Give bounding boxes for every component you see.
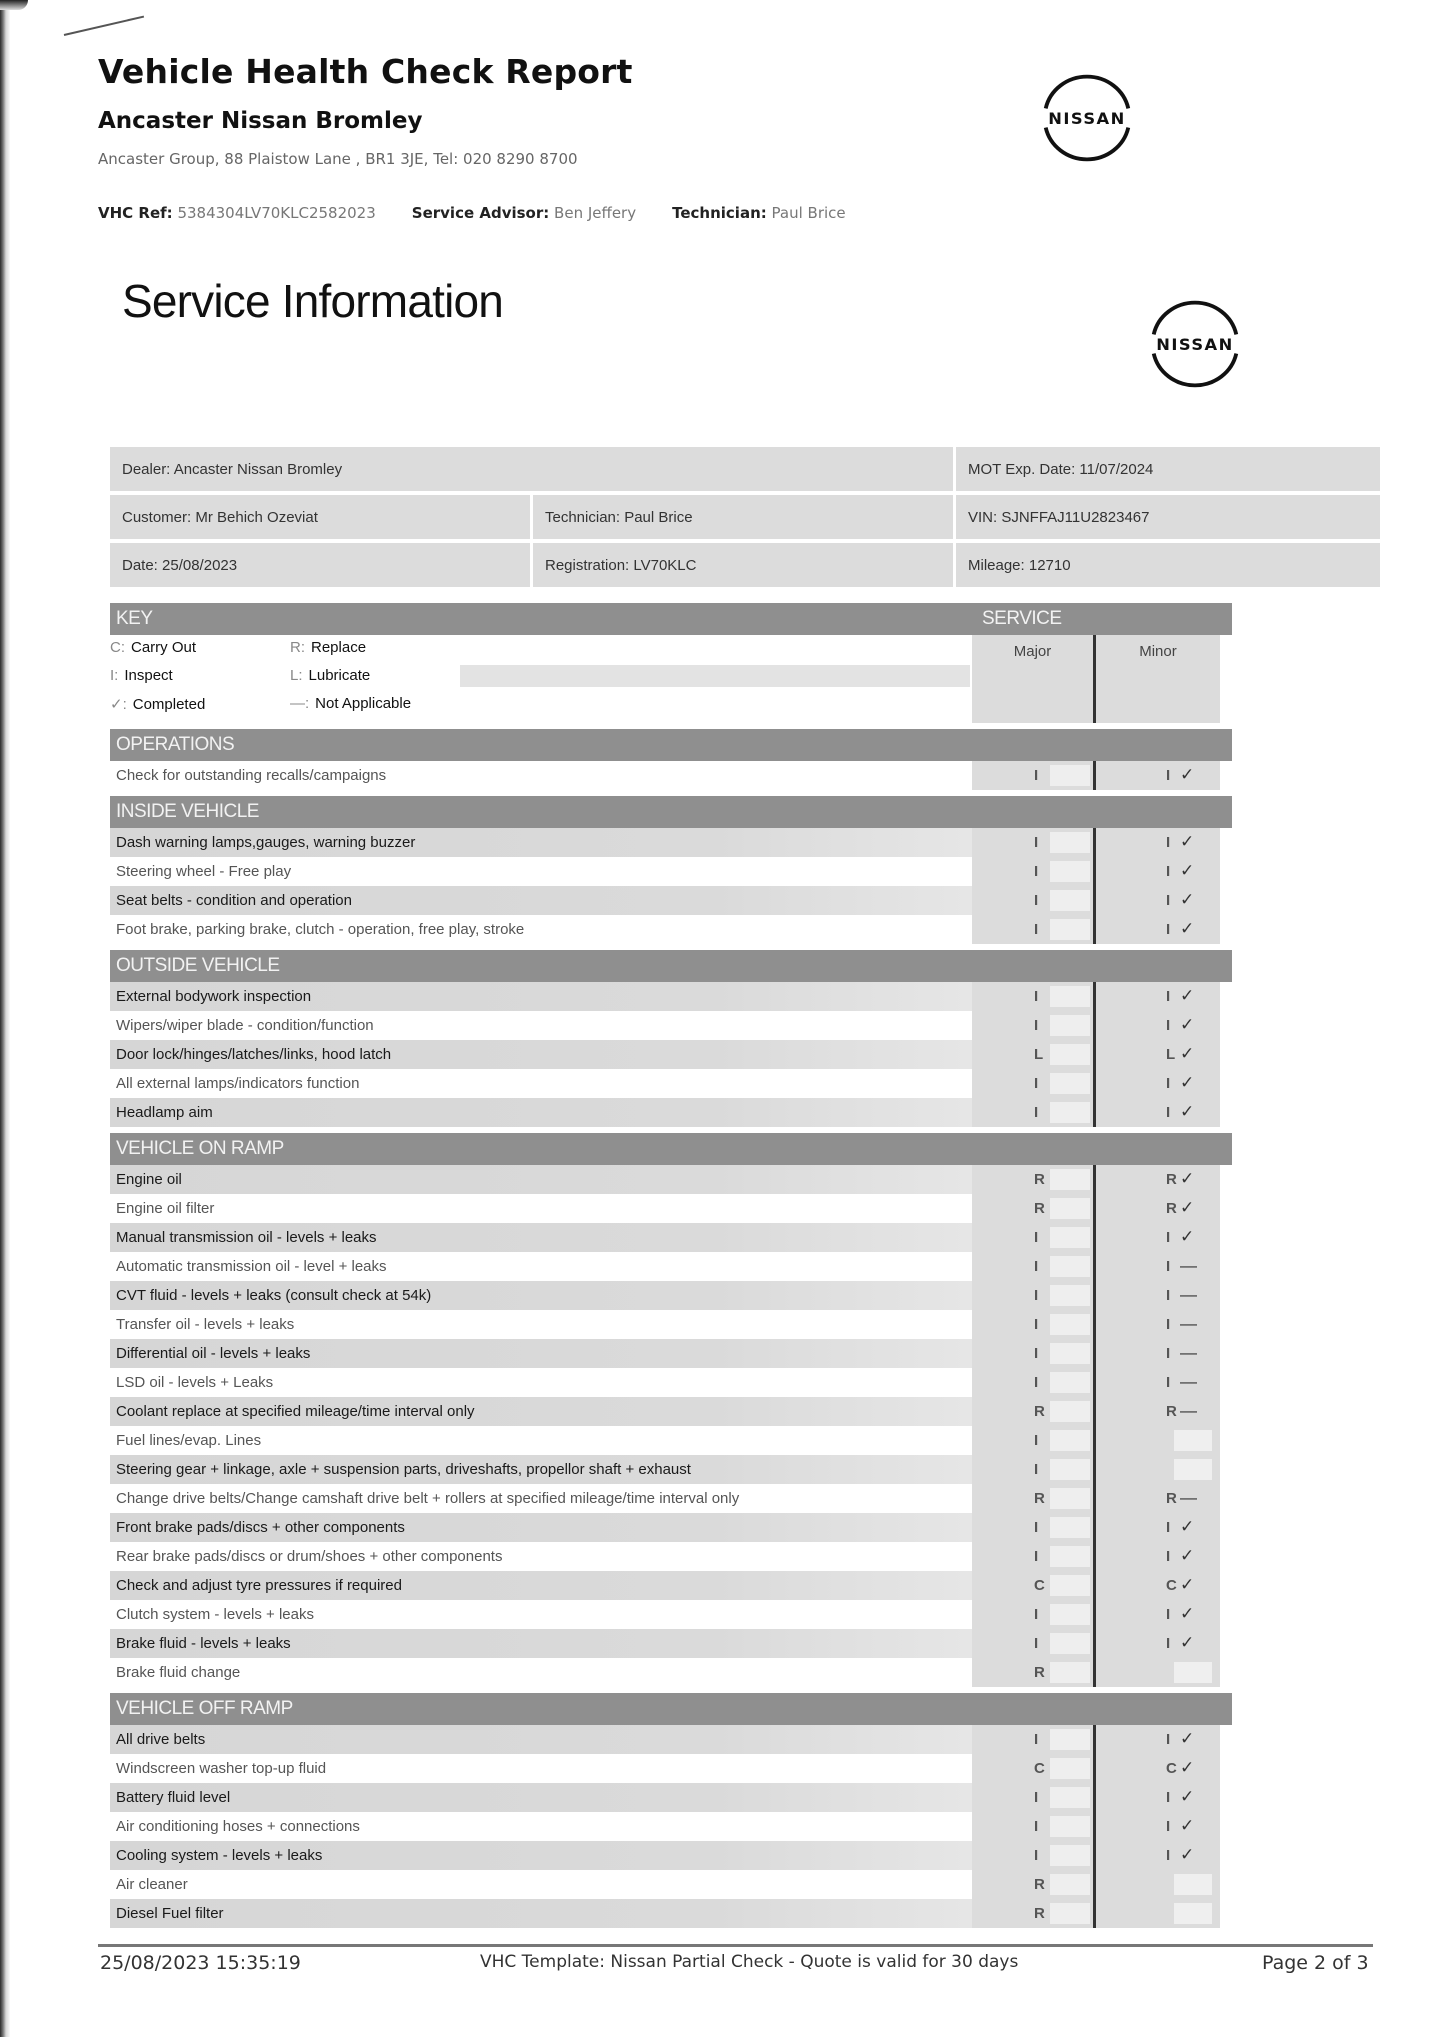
mot-expiry-field: MOT Exp. Date: 11/07/2024	[956, 447, 1380, 491]
major-code: I	[1034, 834, 1038, 851]
registration-field: Registration: LV70KLC	[533, 543, 953, 587]
cell-shade	[1050, 1729, 1090, 1750]
cell-shade	[1050, 1633, 1090, 1654]
major-code: I	[1034, 1345, 1038, 1362]
minor-cell: I✓	[1096, 1725, 1220, 1754]
section-header: INSIDE VEHICLE	[110, 796, 1232, 828]
not-applicable-dash-icon: —	[1180, 1401, 1197, 1421]
major-code: I	[1034, 1635, 1038, 1652]
nissan-logo-icon: NISSAN	[1034, 70, 1140, 166]
checklist-row: All drive beltsII✓	[110, 1725, 1232, 1754]
cell-shade	[1050, 1169, 1090, 1190]
completed-check-icon: ✓	[1180, 1546, 1194, 1566]
not-applicable-dash-icon: —	[1180, 1314, 1197, 1334]
major-code: I	[1034, 1461, 1038, 1478]
completed-check-icon: ✓	[1180, 1102, 1194, 1122]
major-cell: I	[972, 1812, 1096, 1841]
footer-divider	[98, 1944, 1373, 1947]
minor-cell: L✓	[1096, 1040, 1220, 1069]
checklist-row: Clutch system - levels + leaksII✓	[110, 1600, 1232, 1629]
major-cell: R	[972, 1397, 1096, 1426]
section-title: VEHICLE ON RAMP	[116, 1138, 284, 1160]
minor-code: R	[1166, 1171, 1177, 1188]
major-code: I	[1034, 1287, 1038, 1304]
checklist-item-label: Seat belts - condition and operation	[110, 886, 972, 915]
checklist-row: Foot brake, parking brake, clutch - oper…	[110, 915, 1232, 944]
key-label: Carry Out	[131, 639, 196, 656]
minor-code: I	[1166, 892, 1170, 909]
checklist-row: Check for outstanding recalls/campaignsI…	[110, 761, 1232, 790]
scan-smudge	[460, 665, 970, 687]
report-title: Vehicle Health Check Report	[98, 52, 633, 91]
minor-cell: I—	[1096, 1339, 1220, 1368]
completed-check-icon: ✓	[1180, 1198, 1194, 1218]
not-applicable-dash-icon: —	[1180, 1256, 1197, 1276]
section-title: OUTSIDE VEHICLE	[116, 955, 280, 977]
minor-code: R	[1166, 1200, 1177, 1217]
minor-cell: I✓	[1096, 1542, 1220, 1571]
section-title: OPERATIONS	[116, 734, 234, 756]
minor-cell: R—	[1096, 1397, 1220, 1426]
minor-cell: I✓	[1096, 1513, 1220, 1542]
minor-cell: I✓	[1096, 886, 1220, 915]
minor-cell: I—	[1096, 1368, 1220, 1397]
minor-code: R	[1166, 1490, 1177, 1507]
key-legend: C:Carry OutR:ReplaceI:InspectL:Lubricate…	[110, 635, 1232, 723]
checklist-item-label: Clutch system - levels + leaks	[110, 1600, 972, 1629]
cell-shade	[1050, 1044, 1090, 1065]
section-header: OUTSIDE VEHICLE	[110, 950, 1232, 982]
checklist-row: Engine oil filterRR✓	[110, 1194, 1232, 1223]
minor-cell	[1096, 1658, 1220, 1687]
key-item: —:Not Applicable	[290, 695, 411, 712]
major-cell: C	[972, 1571, 1096, 1600]
cell-shade	[1050, 1102, 1090, 1123]
major-code: I	[1034, 1731, 1038, 1748]
minor-label: Minor	[1096, 635, 1220, 660]
checklist-item-label: Rear brake pads/discs or drum/shoes + ot…	[110, 1542, 972, 1571]
checklist-row: Dash warning lamps,gauges, warning buzze…	[110, 828, 1232, 857]
major-code: R	[1034, 1403, 1045, 1420]
checklist-item-label: Differential oil - levels + leaks	[110, 1339, 972, 1368]
checklist-item-label: Front brake pads/discs + other component…	[110, 1513, 972, 1542]
cell-shade	[1050, 1227, 1090, 1248]
major-code: I	[1034, 1075, 1038, 1092]
completed-check-icon: ✓	[1180, 1633, 1194, 1653]
minor-cell: R✓	[1096, 1194, 1220, 1223]
major-cell: I	[972, 1600, 1096, 1629]
minor-cell: I—	[1096, 1310, 1220, 1339]
service-advisor-value: Ben Jeffery	[554, 204, 636, 222]
major-cell: I	[972, 982, 1096, 1011]
minor-code: I	[1166, 988, 1170, 1005]
major-cell: I	[972, 1426, 1096, 1455]
minor-cell: I✓	[1096, 1069, 1220, 1098]
key-label: Lubricate	[309, 667, 371, 684]
major-cell: I	[972, 1513, 1096, 1542]
minor-code: C	[1166, 1760, 1177, 1777]
minor-cell: I✓	[1096, 1812, 1220, 1841]
minor-code: I	[1166, 1287, 1170, 1304]
minor-code: I	[1166, 1075, 1170, 1092]
checklist-row: External bodywork inspectionII✓	[110, 982, 1232, 1011]
completed-check-icon: ✓	[1180, 1845, 1194, 1865]
major-code: I	[1034, 1606, 1038, 1623]
checklist-row: Steering wheel - Free playII✓	[110, 857, 1232, 886]
minor-cell: I✓	[1096, 982, 1220, 1011]
major-cell: I	[972, 1339, 1096, 1368]
key-symbol: R:	[290, 639, 305, 656]
major-cell: I	[972, 828, 1096, 857]
completed-check-icon: ✓	[1180, 1758, 1194, 1778]
checklist-item-label: Battery fluid level	[110, 1783, 972, 1812]
minor-cell	[1096, 1426, 1220, 1455]
major-cell: R	[972, 1899, 1096, 1928]
cell-shade	[1050, 1517, 1090, 1538]
report-meta: VHC Ref: 5384304LV70KLC2582023 Service A…	[98, 204, 882, 222]
minor-code: I	[1166, 1017, 1170, 1034]
minor-code: I	[1166, 1345, 1170, 1362]
checklist-row: Door lock/hinges/latches/links, hood lat…	[110, 1040, 1232, 1069]
checklist-row: Manual transmission oil - levels + leaks…	[110, 1223, 1232, 1252]
minor-code: I	[1166, 1789, 1170, 1806]
major-code: R	[1034, 1876, 1045, 1893]
section-title: INSIDE VEHICLE	[116, 801, 259, 823]
cell-shade	[1050, 1604, 1090, 1625]
key-item: R:Replace	[290, 639, 366, 656]
cell-shade	[1174, 1459, 1212, 1480]
minor-column-header: Minor	[1096, 635, 1220, 723]
cell-shade	[1050, 1198, 1090, 1219]
major-cell: R	[972, 1870, 1096, 1899]
cell-shade	[1050, 1459, 1090, 1480]
checklist-row: Diesel Fuel filterR	[110, 1899, 1232, 1928]
svg-text:NISSAN: NISSAN	[1156, 335, 1233, 354]
not-applicable-dash-icon: —	[1180, 1488, 1197, 1508]
major-column-header: Major	[972, 635, 1096, 723]
completed-check-icon: ✓	[1180, 765, 1194, 785]
cell-shade	[1174, 1430, 1212, 1451]
dealer-name: Ancaster Nissan Bromley	[98, 108, 423, 134]
key-item: L:Lubricate	[290, 667, 370, 684]
major-code: R	[1034, 1200, 1045, 1217]
checklist-item-label: Air cleaner	[110, 1870, 972, 1899]
vin-field: VIN: SJNFFAJ11U2823467	[956, 495, 1380, 539]
major-cell: I	[972, 1252, 1096, 1281]
checklist-item-label: Fuel lines/evap. Lines	[110, 1426, 972, 1455]
minor-code: I	[1166, 1104, 1170, 1121]
major-code: I	[1034, 1316, 1038, 1333]
section-header: VEHICLE OFF RAMP	[110, 1693, 1232, 1725]
major-code: I	[1034, 1789, 1038, 1806]
major-cell: L	[972, 1040, 1096, 1069]
checklist-item-label: Headlamp aim	[110, 1098, 972, 1127]
checklist-item-label: Engine oil	[110, 1165, 972, 1194]
cell-shade	[1050, 1488, 1090, 1509]
completed-check-icon: ✓	[1180, 1044, 1194, 1064]
minor-code: I	[1166, 863, 1170, 880]
vhc-ref-value: 5384304LV70KLC2582023	[177, 204, 375, 222]
checklist-row: Check and adjust tyre pressures if requi…	[110, 1571, 1232, 1600]
checklist-row: Wipers/wiper blade - condition/functionI…	[110, 1011, 1232, 1040]
checklist-row: Engine oilRR✓	[110, 1165, 1232, 1194]
minor-code: I	[1166, 1258, 1170, 1275]
major-cell: I	[972, 886, 1096, 915]
minor-cell: I✓	[1096, 1629, 1220, 1658]
major-code: R	[1034, 1664, 1045, 1681]
major-code: I	[1034, 863, 1038, 880]
checklist-item-label: All drive belts	[110, 1725, 972, 1754]
major-cell: I	[972, 1841, 1096, 1870]
checklist-item-label: Check and adjust tyre pressures if requi…	[110, 1571, 972, 1600]
checklist-row: Transfer oil - levels + leaksII—	[110, 1310, 1232, 1339]
cell-shade	[1050, 1343, 1090, 1364]
checklist-row: Brake fluid - levels + leaksII✓	[110, 1629, 1232, 1658]
checklist-row: Steering gear + linkage, axle + suspensi…	[110, 1455, 1232, 1484]
checklist-row: Seat belts - condition and operationII✓	[110, 886, 1232, 915]
major-code: R	[1034, 1905, 1045, 1922]
svg-text:NISSAN: NISSAN	[1048, 109, 1125, 128]
section-header: VEHICLE ON RAMP	[110, 1133, 1232, 1165]
major-label: Major	[972, 635, 1093, 660]
completed-check-icon: ✓	[1180, 1227, 1194, 1247]
minor-cell: C✓	[1096, 1754, 1220, 1783]
checklist-item-label: Air conditioning hoses + connections	[110, 1812, 972, 1841]
major-cell: I	[972, 1542, 1096, 1571]
major-cell: I	[972, 1783, 1096, 1812]
checklist-row: Rear brake pads/discs or drum/shoes + ot…	[110, 1542, 1232, 1571]
vhc-ref-label: VHC Ref:	[98, 204, 173, 222]
minor-code: I	[1166, 1847, 1170, 1864]
minor-code: I	[1166, 1316, 1170, 1333]
minor-code: I	[1166, 1731, 1170, 1748]
checklist-row: Fuel lines/evap. LinesI	[110, 1426, 1232, 1455]
minor-code: I	[1166, 1548, 1170, 1565]
completed-check-icon: ✓	[1180, 890, 1194, 910]
checklist-row: Air cleanerR	[110, 1870, 1232, 1899]
completed-check-icon: ✓	[1180, 1604, 1194, 1624]
cell-shade	[1050, 986, 1090, 1007]
completed-check-icon: ✓	[1180, 1575, 1194, 1595]
major-cell: R	[972, 1165, 1096, 1194]
service-information-title: Service Information	[122, 274, 503, 328]
cell-shade	[1050, 1903, 1090, 1924]
minor-code: I	[1166, 1606, 1170, 1623]
minor-cell: I✓	[1096, 761, 1220, 790]
key-symbol: C:	[110, 639, 125, 656]
section-title: VEHICLE OFF RAMP	[116, 1698, 293, 1720]
date-field: Date: 25/08/2023	[110, 543, 530, 587]
checklist-item-label: Wipers/wiper blade - condition/function	[110, 1011, 972, 1040]
completed-check-icon: ✓	[1180, 1169, 1194, 1189]
customer-field: Customer: Mr Behich Ozeviat	[110, 495, 530, 539]
major-code: I	[1034, 1519, 1038, 1536]
major-cell: I	[972, 1011, 1096, 1040]
cell-shade	[1050, 1314, 1090, 1335]
key-items: C:Carry OutR:ReplaceI:InspectL:Lubricate…	[110, 635, 972, 723]
minor-cell	[1096, 1870, 1220, 1899]
checklist-item-label: Windscreen washer top-up fluid	[110, 1754, 972, 1783]
checklist-row: Windscreen washer top-up fluidCC✓	[110, 1754, 1232, 1783]
minor-code: C	[1166, 1577, 1177, 1594]
minor-cell: I✓	[1096, 1011, 1220, 1040]
checklist-row: Headlamp aimII✓	[110, 1098, 1232, 1127]
technician-label: Technician:	[672, 204, 767, 222]
service-checklist-table: KEY SERVICE C:Carry OutR:ReplaceI:Inspec…	[110, 603, 1232, 1928]
checklist-row: All external lamps/indicators functionII…	[110, 1069, 1232, 1098]
cell-shade	[1050, 1285, 1090, 1306]
cell-shade	[1050, 1758, 1090, 1779]
mileage-field: Mileage: 12710	[956, 543, 1380, 587]
checklist-item-label: Automatic transmission oil - level + lea…	[110, 1252, 972, 1281]
key-symbol: —:	[290, 695, 309, 712]
key-symbol: ✓:	[110, 696, 127, 713]
minor-code: I	[1166, 1635, 1170, 1652]
major-code: I	[1034, 921, 1038, 938]
checklist-row: Battery fluid levelII✓	[110, 1783, 1232, 1812]
major-cell: I	[972, 857, 1096, 886]
major-code: C	[1034, 1577, 1045, 1594]
minor-cell: I✓	[1096, 828, 1220, 857]
completed-check-icon: ✓	[1180, 861, 1194, 881]
cell-shade	[1050, 1015, 1090, 1036]
major-code: I	[1034, 1818, 1038, 1835]
major-code: R	[1034, 1490, 1045, 1507]
service-advisor: Service Advisor: Ben Jeffery	[412, 204, 636, 222]
dealer-field: Dealer: Ancaster Nissan Bromley	[110, 447, 953, 491]
cell-shade	[1174, 1903, 1212, 1924]
major-code: I	[1034, 1374, 1038, 1391]
key-item: C:Carry Out	[110, 639, 196, 656]
vhc-ref: VHC Ref: 5384304LV70KLC2582023	[98, 204, 376, 222]
checklist-item-label: Engine oil filter	[110, 1194, 972, 1223]
major-code: I	[1034, 1104, 1038, 1121]
cell-shade	[1050, 890, 1090, 911]
minor-cell: I—	[1096, 1252, 1220, 1281]
cell-shade	[1174, 1874, 1212, 1895]
major-code: I	[1034, 1258, 1038, 1275]
cell-shade	[1050, 765, 1090, 786]
section-header: OPERATIONS	[110, 729, 1232, 761]
key-label: Inspect	[124, 667, 172, 684]
minor-cell: I✓	[1096, 915, 1220, 944]
cell-shade	[1174, 1662, 1212, 1683]
cell-shade	[1050, 1816, 1090, 1837]
completed-check-icon: ✓	[1180, 1729, 1194, 1749]
major-cell: R	[972, 1658, 1096, 1687]
major-cell: I	[972, 915, 1096, 944]
cell-shade	[1050, 1256, 1090, 1277]
major-code: I	[1034, 1432, 1038, 1449]
cell-shade	[1050, 861, 1090, 882]
minor-code: I	[1166, 1374, 1170, 1391]
major-code: I	[1034, 1229, 1038, 1246]
service-info-grid: Dealer: Ancaster Nissan Bromley MOT Exp.…	[110, 447, 1380, 591]
scan-shadow-corner	[0, 0, 28, 10]
checklist-item-label: LSD oil - levels + Leaks	[110, 1368, 972, 1397]
minor-cell: I✓	[1096, 1600, 1220, 1629]
key-title: KEY	[116, 608, 153, 630]
cell-shade	[1050, 1874, 1090, 1895]
minor-cell: I✓	[1096, 1223, 1220, 1252]
checklist-item-label: Diesel Fuel filter	[110, 1899, 972, 1928]
major-cell: I	[972, 1368, 1096, 1397]
minor-code: L	[1166, 1046, 1175, 1063]
cell-shade	[1050, 919, 1090, 940]
cell-shade	[1050, 1546, 1090, 1567]
scan-shadow-edge	[0, 0, 10, 2037]
key-symbol: L:	[290, 667, 303, 684]
minor-cell: I✓	[1096, 1098, 1220, 1127]
checklist-item-label: Coolant replace at specified mileage/tim…	[110, 1397, 972, 1426]
completed-check-icon: ✓	[1180, 832, 1194, 852]
major-cell: R	[972, 1484, 1096, 1513]
page-number: Page 2 of 3	[1262, 1952, 1369, 1974]
cell-shade	[1050, 1787, 1090, 1808]
checklist-item-label: Brake fluid change	[110, 1658, 972, 1687]
major-cell: I	[972, 1725, 1096, 1754]
checklist-row: CVT fluid - levels + leaks (consult chec…	[110, 1281, 1232, 1310]
major-code: I	[1034, 1847, 1038, 1864]
checklist-item-label: External bodywork inspection	[110, 982, 972, 1011]
key-item: ✓:Completed	[110, 695, 205, 713]
minor-code: I	[1166, 1229, 1170, 1246]
key-symbol: I:	[110, 667, 118, 684]
service-column-header: SERVICE	[982, 608, 1062, 630]
checklist-row: Air conditioning hoses + connectionsII✓	[110, 1812, 1232, 1841]
major-cell: R	[972, 1194, 1096, 1223]
completed-check-icon: ✓	[1180, 1015, 1194, 1035]
checklist-row: Differential oil - levels + leaksII—	[110, 1339, 1232, 1368]
minor-cell: R—	[1096, 1484, 1220, 1513]
cell-shade	[1050, 1401, 1090, 1422]
checklist-item-label: Steering gear + linkage, axle + suspensi…	[110, 1455, 972, 1484]
checklist-item-label: All external lamps/indicators function	[110, 1069, 972, 1098]
cell-shade	[1050, 1372, 1090, 1393]
pen-mark	[64, 16, 144, 36]
technician-value: Paul Brice	[772, 204, 846, 222]
key-label: Replace	[311, 639, 366, 656]
checklist-row: Brake fluid changeR	[110, 1658, 1232, 1687]
cell-shade	[1050, 1845, 1090, 1866]
minor-code: I	[1166, 1818, 1170, 1835]
major-code: C	[1034, 1760, 1045, 1777]
minor-cell: I✓	[1096, 1841, 1220, 1870]
major-code: R	[1034, 1171, 1045, 1188]
major-code: L	[1034, 1046, 1043, 1063]
minor-code: R	[1166, 1403, 1177, 1420]
checklist-item-label: Foot brake, parking brake, clutch - oper…	[110, 915, 972, 944]
minor-cell: I✓	[1096, 857, 1220, 886]
completed-check-icon: ✓	[1180, 1073, 1194, 1093]
technician: Technician: Paul Brice	[672, 204, 846, 222]
major-code: I	[1034, 767, 1038, 784]
checklist-item-label: Change drive belts/Change camshaft drive…	[110, 1484, 972, 1513]
checklist-row: Cooling system - levels + leaksII✓	[110, 1841, 1232, 1870]
key-header: KEY SERVICE	[110, 603, 1232, 635]
major-cell: I	[972, 761, 1096, 790]
major-code: I	[1034, 1548, 1038, 1565]
major-cell: I	[972, 1310, 1096, 1339]
minor-cell	[1096, 1455, 1220, 1484]
checklist-item-label: Cooling system - levels + leaks	[110, 1841, 972, 1870]
checklist-item-label: Transfer oil - levels + leaks	[110, 1310, 972, 1339]
nissan-logo-icon: NISSAN	[1142, 296, 1248, 392]
major-cell: C	[972, 1754, 1096, 1783]
checklist-row: Automatic transmission oil - level + lea…	[110, 1252, 1232, 1281]
checklist-item-label: Dash warning lamps,gauges, warning buzze…	[110, 828, 972, 857]
major-cell: I	[972, 1223, 1096, 1252]
